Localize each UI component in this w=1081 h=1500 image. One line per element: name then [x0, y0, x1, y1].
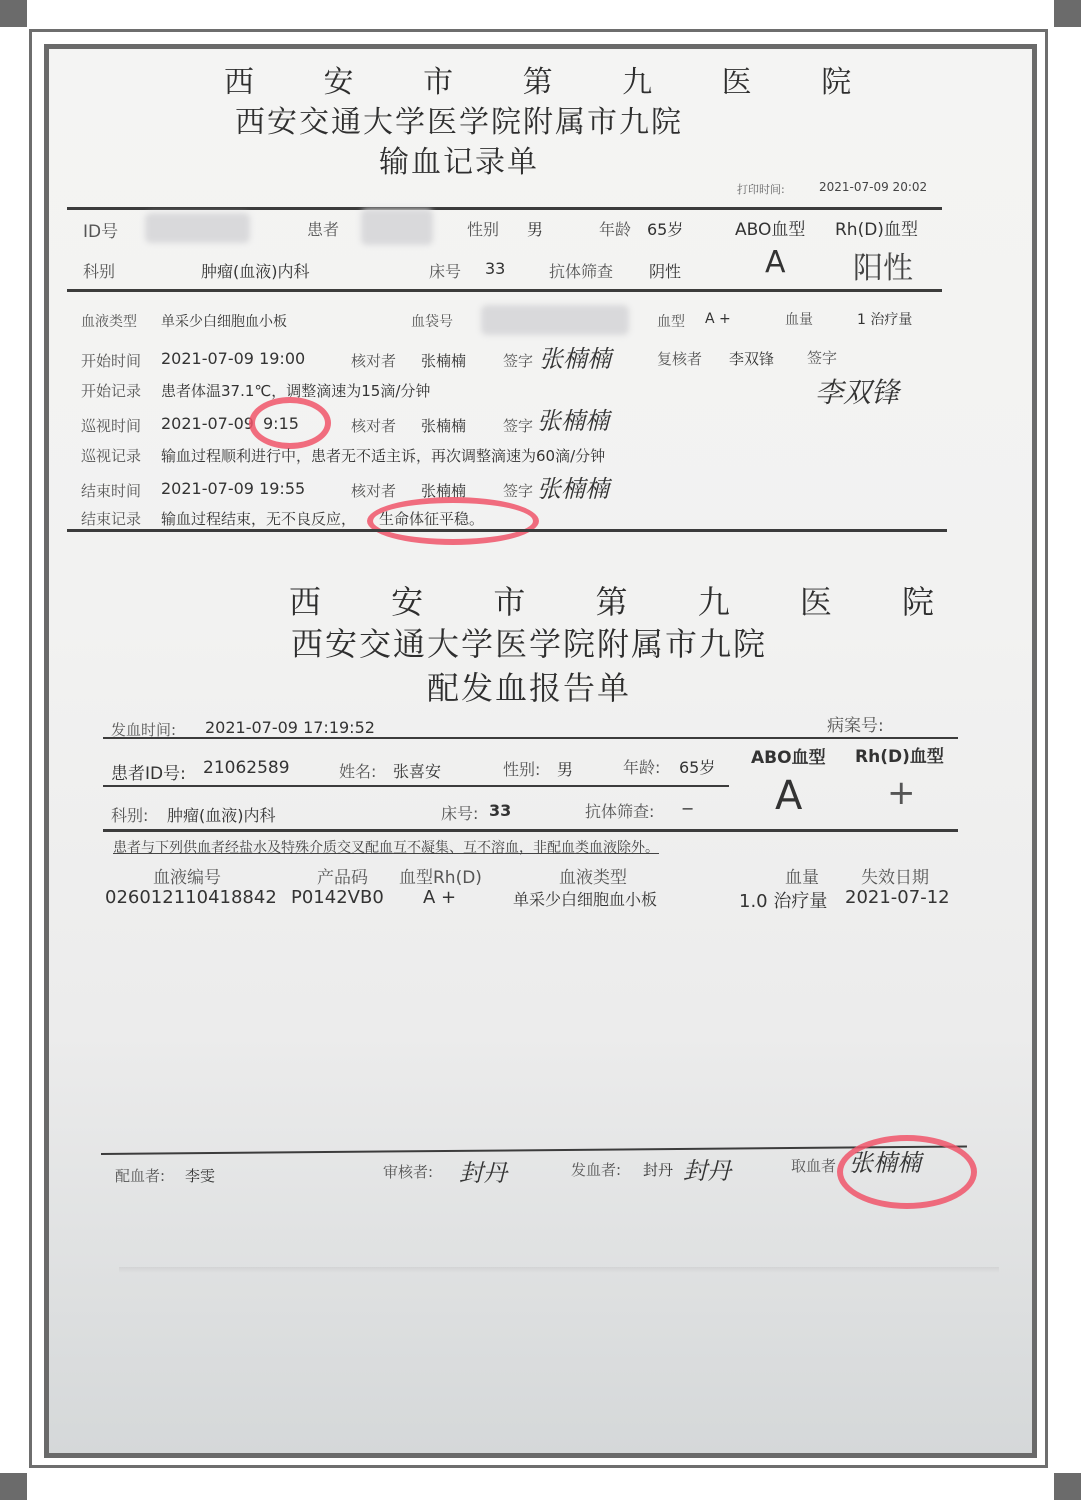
start-sign-label: 签字 [503, 350, 533, 371]
name-value: 张喜安 [393, 759, 441, 782]
print-time-label: 打印时间: [737, 181, 785, 197]
end-time-label: 结束时间 [81, 480, 141, 501]
paper-fold [119, 1267, 999, 1273]
abo-value: A [765, 245, 786, 280]
report-rh-value: + [887, 773, 916, 813]
issue-time-value: 2021-07-09 17:19:52 [205, 718, 375, 737]
redacted-name [361, 209, 433, 245]
table-cell: 2021-07-12 [845, 887, 950, 908]
frame-corner [0, 0, 27, 27]
divider [103, 737, 958, 739]
record-hospital-name: 西 安 市 第 九 医 院 [224, 57, 694, 101]
matcher-value: 李雯 [185, 1165, 215, 1186]
reviewer-label: 审核者: [383, 1161, 433, 1182]
rh-value: 阳性 [853, 243, 913, 287]
patrol-time-label: 巡视时间 [81, 415, 141, 436]
start-checker-label: 核对者 [351, 350, 396, 371]
report-abo-value: A [775, 773, 802, 819]
dept-label: 科别 [83, 259, 115, 282]
bag-no-label: 血袋号 [411, 311, 453, 331]
report-bed-value: 33 [489, 801, 511, 820]
end-record-value: 输血过程结束，无不良反应， [161, 508, 356, 529]
blood-group-value: A + [705, 311, 731, 327]
table-cell: 026012110418842 [105, 887, 277, 908]
bed-label: 床号 [429, 259, 461, 282]
table-header: 血液编号 [153, 863, 221, 888]
issuer-signature: 封丹 [683, 1151, 731, 1186]
patrol-signature: 张楠楠 [537, 401, 609, 436]
frame-corner [0, 1473, 27, 1500]
table-header: 血型Rh(D) [399, 863, 482, 888]
antibody-value: 阴性 [649, 259, 681, 282]
frame-corner [1054, 0, 1081, 27]
patrol-checker-label: 核对者 [351, 415, 396, 436]
start-time-value: 2021-07-09 19:00 [161, 349, 305, 368]
patrol-sign-label: 签字 [503, 415, 533, 436]
divider [103, 785, 729, 787]
rechecker-value: 李双锋 [729, 348, 774, 369]
report-rh-label: Rh(D)血型 [855, 742, 944, 767]
divider [67, 529, 947, 532]
rechecker-label: 复核者 [657, 348, 702, 369]
blood-group-label: 血型 [657, 311, 685, 331]
end-checker-label: 核对者 [351, 480, 396, 501]
table-cell: A + [423, 887, 456, 908]
divider [103, 829, 958, 832]
report-antibody-label: 抗体筛查: [585, 799, 654, 822]
table-header: 血量 [785, 863, 819, 888]
age-value: 65岁 [647, 217, 683, 240]
table-cell: P0142VB0 [291, 887, 384, 908]
report-age-value: 65岁 [679, 755, 715, 778]
report-hospital-name: 西 安 市 第 九 医 院 [289, 577, 769, 623]
red-annotation-circle [837, 1135, 977, 1209]
bed-value: 33 [485, 259, 505, 278]
patient-id-value: 21062589 [203, 758, 290, 778]
age-label: 年龄 [599, 217, 631, 240]
crossmatch-note: 患者与下列供血者经盐水及特殊介质交叉配血互不凝集、互不溶血，非配血类血液除外。 [113, 837, 659, 857]
patrol-date-value: 2021-07-09 [161, 414, 254, 433]
start-record-label: 开始记录 [81, 380, 141, 401]
patient-id-label: 患者ID号: [111, 759, 186, 784]
start-signature: 张楠楠 [539, 339, 611, 374]
report-dept-value: 肿瘤(血液)内科 [167, 803, 276, 826]
divider [101, 1145, 967, 1155]
report-age-label: 年龄: [623, 755, 660, 778]
rechecker-signature: 李双锋 [815, 371, 899, 411]
divider [67, 207, 942, 210]
issuer-value: 封丹 [643, 1159, 673, 1180]
report-form-title: 配发血报告单 [289, 663, 769, 709]
end-time-value: 2021-07-09 19:55 [161, 479, 305, 498]
dept-value: 肿瘤(血液)内科 [201, 259, 310, 282]
frame-corner [1054, 1473, 1081, 1500]
sex-label: 性别 [467, 217, 499, 240]
redacted-bag-no [481, 305, 629, 335]
volume-value: 1 治疗量 [857, 309, 912, 329]
patrol-record-label: 巡视记录 [81, 445, 141, 466]
id-label: ID号 [83, 217, 118, 242]
table-header: 失效日期 [861, 863, 929, 888]
reviewer-signature: 封丹 [459, 1153, 507, 1188]
report-affiliation: 西安交通大学医学院附属市九院 [289, 619, 769, 665]
abo-label: ABO血型 [735, 215, 805, 240]
table-header: 血液类型 [559, 863, 627, 888]
end-sign-label: 签字 [503, 480, 533, 501]
rh-label: Rh(D)血型 [835, 215, 918, 240]
issuer-label: 发血者: [571, 1159, 621, 1180]
red-annotation-circle [367, 497, 539, 545]
print-time: 2021-07-09 20:02 [819, 180, 927, 194]
blood-type-value: 单采少白细胞血小板 [161, 311, 287, 331]
sex-value: 男 [527, 217, 543, 240]
patrol-record-value: 输血过程顺利进行中，患者无不适主诉，再次调整滴速为60滴/分钟 [161, 445, 605, 466]
end-signature: 张楠楠 [537, 469, 609, 504]
divider [67, 289, 942, 292]
report-abo-label: ABO血型 [751, 743, 826, 768]
start-checker-value: 张楠楠 [421, 350, 466, 371]
report-sex-label: 性别: [503, 757, 540, 780]
table-cell: 1.0 治疗量 [739, 887, 827, 913]
name-label: 姓名: [339, 759, 376, 782]
patrol-checker-value: 张楠楠 [421, 415, 466, 436]
record-affiliation: 西安交通大学医学院附属市九院 [224, 97, 694, 141]
end-record-label: 结束记录 [81, 508, 141, 529]
antibody-label: 抗体筛查 [549, 259, 613, 282]
start-time-label: 开始时间 [81, 350, 141, 371]
patient-label: 患者 [307, 217, 339, 240]
record-form-title: 输血记录单 [224, 137, 694, 181]
report-antibody-value: − [681, 799, 694, 818]
red-annotation-circle [249, 397, 331, 449]
table-header: 产品码 [317, 863, 368, 888]
table-cell: 单采少白细胞血小板 [513, 887, 657, 910]
blood-type-label: 血液类型 [81, 311, 137, 331]
matcher-label: 配血者: [115, 1165, 165, 1186]
report-dept-label: 科别: [111, 803, 148, 826]
case-no-label: 病案号: [827, 711, 884, 736]
document-photo: 西 安 市 第 九 医 院 西安交通大学医学院附属市九院 输血记录单 打印时间:… [44, 44, 1037, 1458]
report-sex-value: 男 [557, 757, 573, 780]
report-bed-label: 床号: [441, 801, 478, 824]
receiver-label: 取血者 [791, 1155, 836, 1176]
volume-label: 血量 [785, 309, 813, 329]
rechecker-sign-label: 签字 [807, 347, 837, 368]
redacted-id [145, 213, 250, 243]
